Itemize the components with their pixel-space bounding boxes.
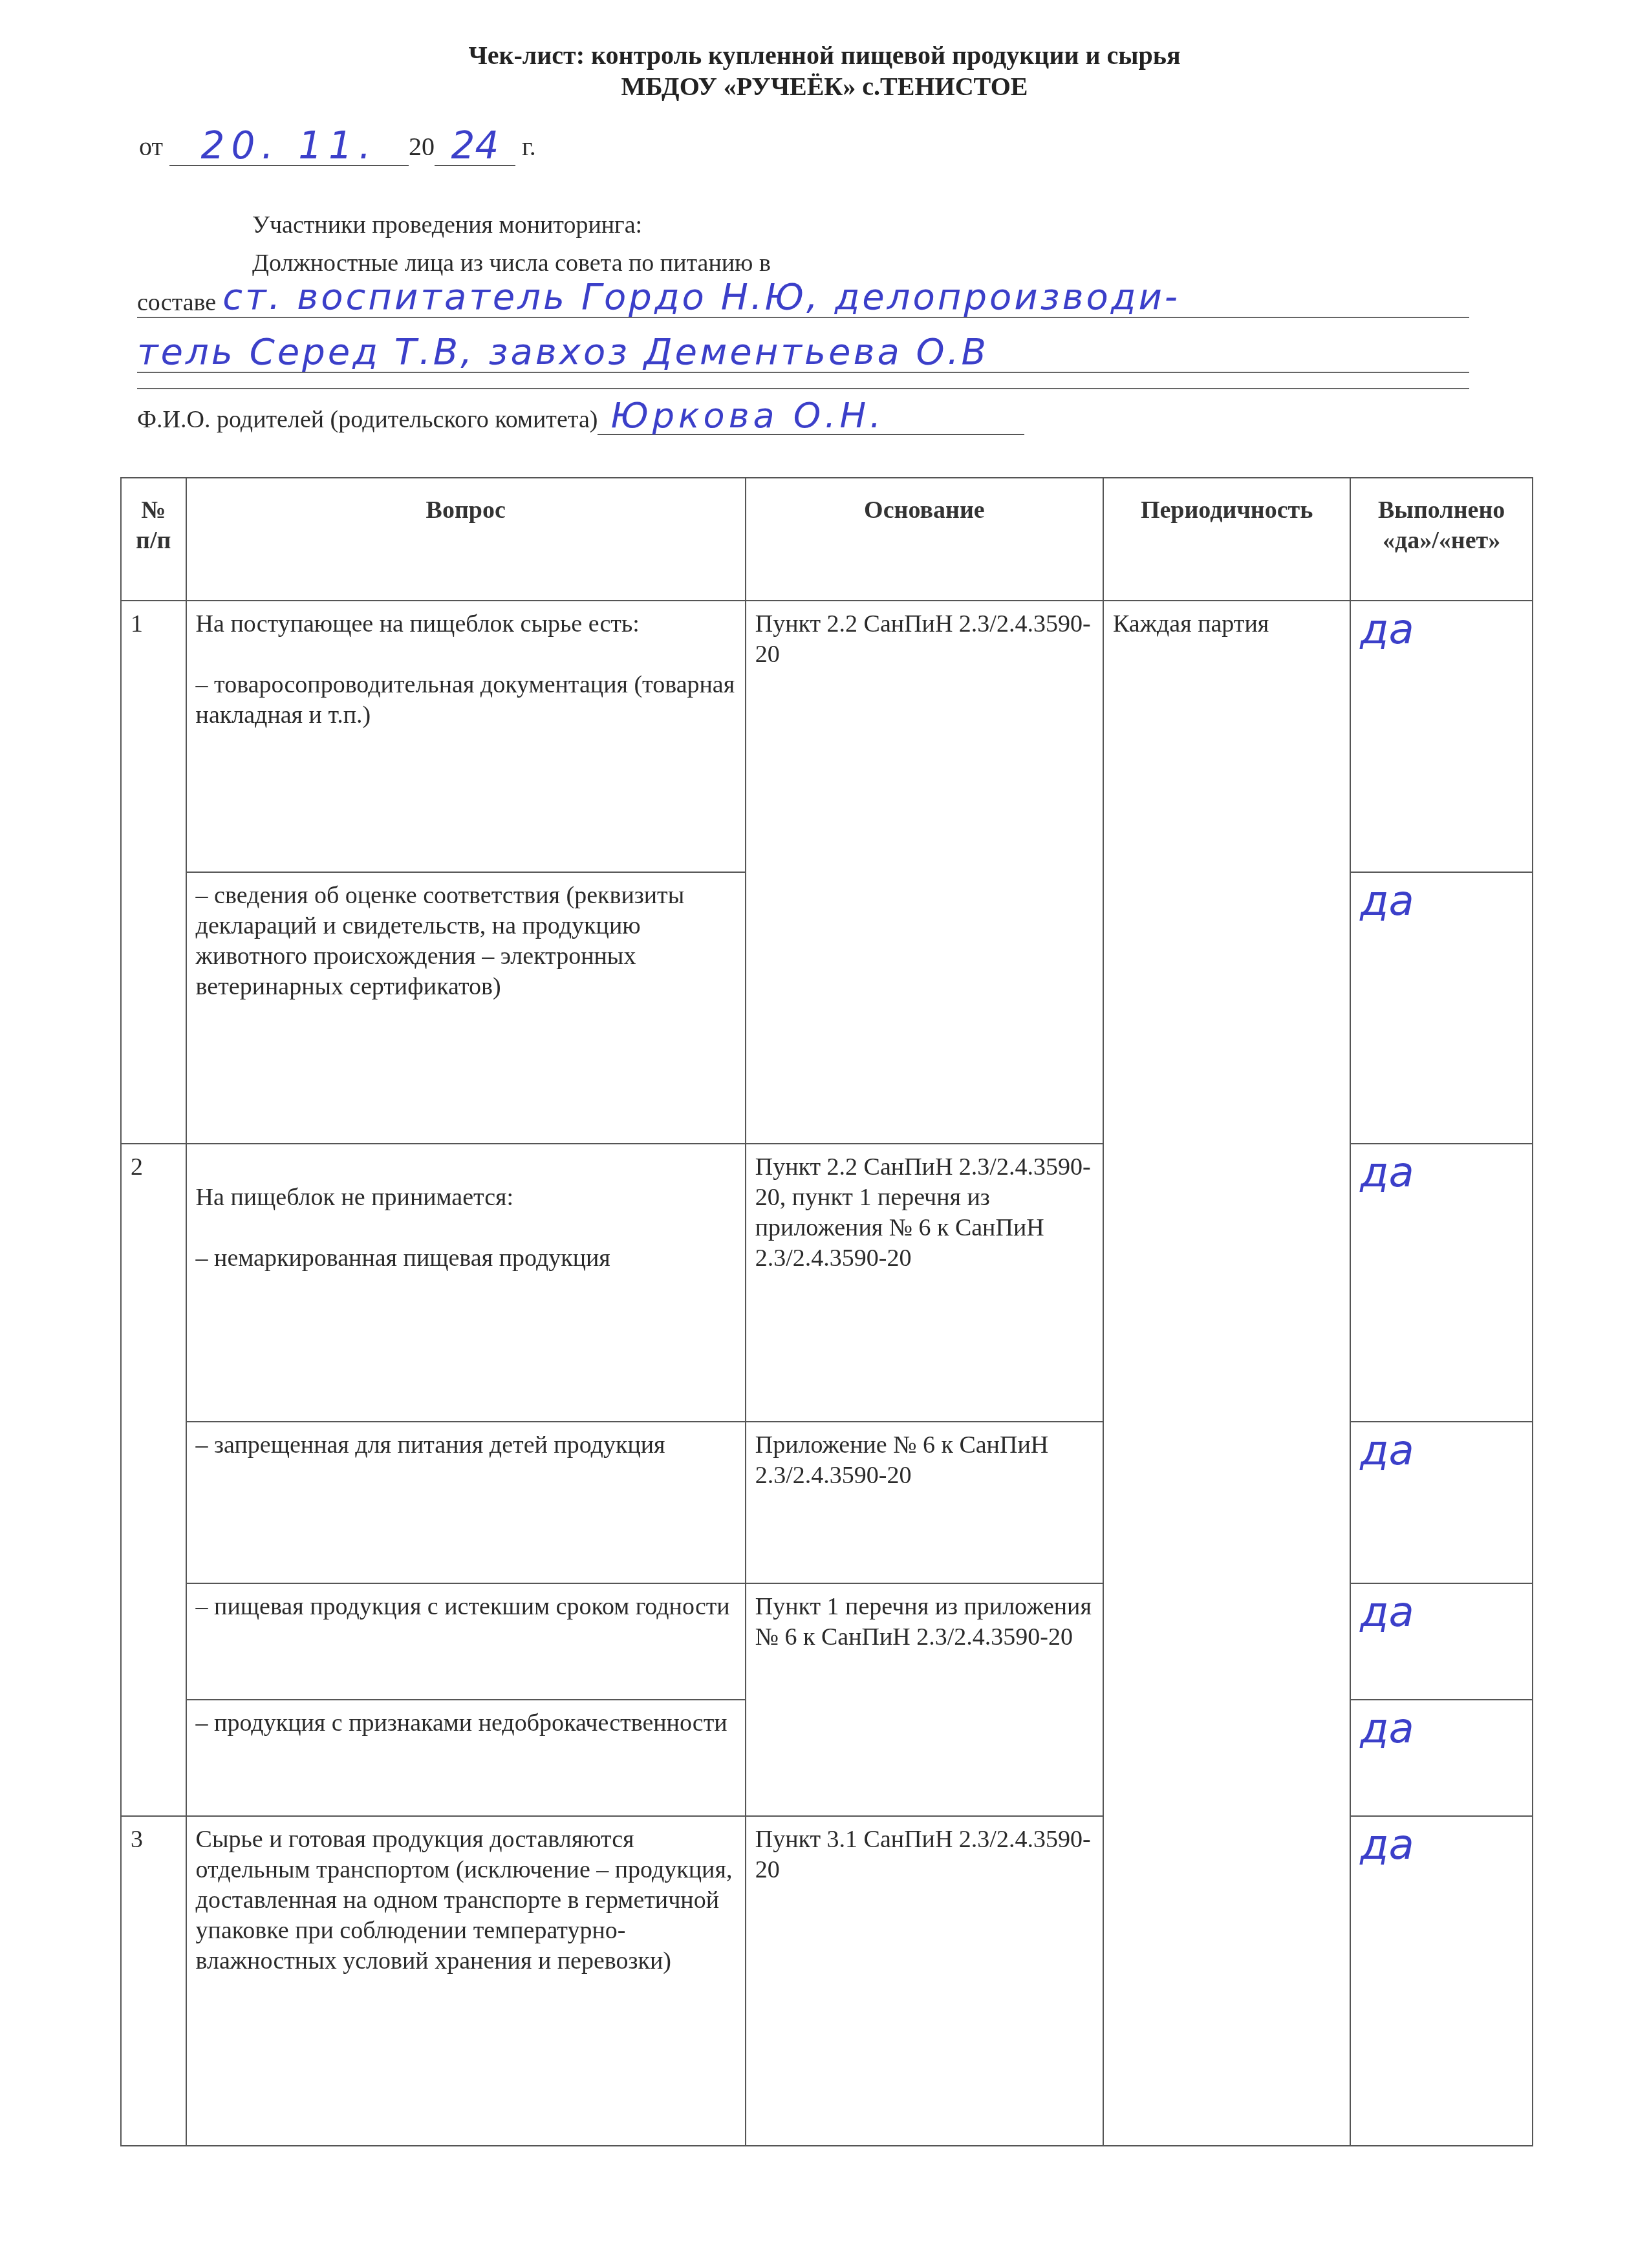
basis-cell: Пункт 3.1 СанПиН 2.3/2.4.3590-20 bbox=[746, 1816, 1103, 2146]
officials-handwritten-2: тель Серед Т.В, завхоз Дементьева О.В bbox=[137, 331, 989, 373]
table-row: 1 На поступающее на пищеблок сырье есть:… bbox=[121, 601, 1533, 872]
done-value: да bbox=[1360, 1427, 1414, 1475]
done-cell[interactable]: да bbox=[1350, 1144, 1533, 1422]
header-num: № п/п bbox=[121, 478, 186, 601]
date-year-field[interactable]: 24 bbox=[435, 126, 515, 166]
question-cell: – пищевая продукция с истекшим сроком го… bbox=[186, 1583, 746, 1700]
done-value: да bbox=[1360, 1821, 1414, 1869]
done-value: да bbox=[1360, 606, 1414, 654]
question-cell: На поступающее на пищеблок сырье есть: –… bbox=[186, 601, 746, 872]
question-lead: На поступающее на пищеблок сырье есть: bbox=[196, 610, 640, 637]
date-line: от 20. 11.2024 г. bbox=[139, 126, 536, 166]
done-value: да bbox=[1360, 1589, 1414, 1636]
parents-line: Ф.И.О. родителей (родительского комитета… bbox=[137, 398, 1024, 438]
date-prefix: от bbox=[139, 132, 163, 161]
question-cell: На пищеблок не принимается: – немаркиров… bbox=[186, 1144, 746, 1422]
parents-label: Ф.И.О. родителей (родительского комитета… bbox=[137, 406, 598, 433]
checklist-table: № п/п Вопрос Основание Периодичность Вып… bbox=[120, 477, 1533, 2146]
question-cell: – запрещенная для питания детей продукци… bbox=[186, 1422, 746, 1583]
row-number: 3 bbox=[121, 1816, 186, 2146]
done-cell[interactable]: да bbox=[1350, 872, 1533, 1144]
basis-cell: Пункт 2.2 СанПиН 2.3/2.4.3590-20, пункт … bbox=[746, 1144, 1103, 1422]
periodicity-cell: Каждая партия bbox=[1103, 601, 1350, 2146]
question-text: – немаркированная пищевая продукция bbox=[196, 1245, 610, 1272]
header-periodicity: Периодичность bbox=[1103, 478, 1350, 601]
question-cell: – сведения об оценке соответствия (рекви… bbox=[186, 872, 746, 1144]
question-cell: Сырье и готовая продукция доставляются о… bbox=[186, 1816, 746, 2146]
basis-cell: Пункт 2.2 СанПиН 2.3/2.4.3590-20 bbox=[746, 601, 1103, 1144]
officials-label-continuation: составе bbox=[137, 289, 216, 316]
done-value: да bbox=[1360, 1149, 1414, 1197]
question-text: – товаросопроводительная документация (т… bbox=[196, 671, 735, 729]
header-basis: Основание bbox=[746, 478, 1103, 601]
done-cell[interactable]: да bbox=[1350, 601, 1533, 872]
date-suffix: г. bbox=[522, 132, 536, 161]
date-day-month-field[interactable]: 20. 11. bbox=[169, 126, 409, 166]
header-question: Вопрос bbox=[186, 478, 746, 601]
officials-field-line-1[interactable]: составест. воспитатель Гордо Н.Ю, делопр… bbox=[137, 278, 1469, 318]
question-lead: На пищеблок не принимается: bbox=[196, 1184, 513, 1211]
done-value: да bbox=[1360, 1705, 1414, 1753]
officials-field-line-3[interactable] bbox=[137, 369, 1469, 389]
done-cell[interactable]: да bbox=[1350, 1583, 1533, 1700]
participants-heading: Участники проведения мониторинга: bbox=[252, 210, 642, 240]
question-cell: – продукция с признаками недоброкачестве… bbox=[186, 1700, 746, 1816]
done-cell[interactable]: да bbox=[1350, 1700, 1533, 1816]
officials-field-line-2[interactable]: тель Серед Т.В, завхоз Дементьева О.В bbox=[137, 333, 1469, 373]
done-value: да bbox=[1360, 877, 1414, 925]
basis-cell: Пункт 1 перечня из приложения № 6 к СанП… bbox=[746, 1583, 1103, 1816]
row-number: 1 bbox=[121, 601, 186, 1144]
officials-label: Должностные лица из числа совета по пита… bbox=[252, 248, 771, 278]
row-number: 2 bbox=[121, 1144, 186, 1816]
parents-field[interactable]: Юркова О.Н. bbox=[598, 398, 1024, 435]
institution-name: МБДОУ «РУЧЕЁК» с.ТЕНИСТОЕ bbox=[0, 72, 1649, 102]
done-cell[interactable]: да bbox=[1350, 1816, 1533, 2146]
officials-handwritten-1: ст. воспитатель Гордо Н.Ю, делопроизводи… bbox=[222, 276, 1180, 318]
table-header-row: № п/п Вопрос Основание Периодичность Вып… bbox=[121, 478, 1533, 601]
header-done: Выполнено «да»/«нет» bbox=[1350, 478, 1533, 601]
date-century: 20 bbox=[409, 132, 435, 161]
basis-cell: Приложение № 6 к СанПиН 2.3/2.4.3590-20 bbox=[746, 1422, 1103, 1583]
document-title: Чек-лист: контроль купленной пищевой про… bbox=[0, 41, 1649, 70]
done-cell[interactable]: да bbox=[1350, 1422, 1533, 1583]
